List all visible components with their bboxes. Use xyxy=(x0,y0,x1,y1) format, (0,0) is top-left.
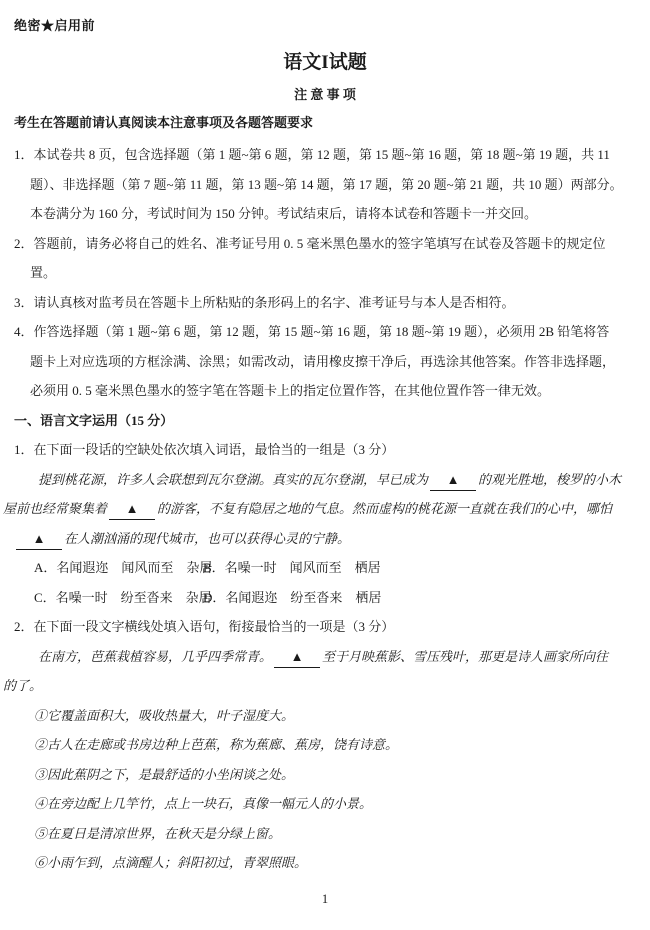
blank-marker-3: ▲ xyxy=(16,531,62,550)
blank-marker-4: ▲ xyxy=(274,649,320,668)
question-2-item-4: ④在旁边配上几竿竹，点上一块石，真像一幅元人的小景。 xyxy=(0,789,650,819)
notice-item-1-line-1: 1．本试卷共 8 页，包含选择题（第 1 题~第 6 题，第 12 题，第 15… xyxy=(0,140,650,170)
question-2-item-6: ⑥小雨乍到，点滴醒人；斜阳初过，青翠照眼。 xyxy=(0,848,650,878)
document-body: 1．本试卷共 8 页，包含选择题（第 1 题~第 6 题，第 12 题，第 15… xyxy=(0,140,650,878)
blank-marker-1: ▲ xyxy=(430,472,476,491)
notice-item-3-line-1: 3．请认真核对监考员在答题卡上所粘贴的条形码上的名字、准考证号与本人是否相符。 xyxy=(0,288,650,318)
option-b: B．名噪一时 闻风而至 栖居 xyxy=(203,560,381,575)
notice-item-1-line-2: 题）、非选择题（第 7 题~第 11 题，第 13 题~第 14 题，第 17 … xyxy=(0,170,650,200)
passage-text: 屋前也经常聚集着 xyxy=(3,501,107,516)
notice-heading: 注 意 事 项 xyxy=(0,84,650,103)
question-1-passage-line-2: 屋前也经常聚集着▲的游客，不复有隐居之地的气息。然而虚构的桃花源一直就在我们的心… xyxy=(0,494,650,524)
notice-item-2-line-1: 2．答题前，请务必将自己的姓名、准考证号用 0. 5 毫米黑色墨水的签字笔填写在… xyxy=(0,229,650,259)
question-2-item-2: ②古人在走廊或书房边种上芭蕉，称为蕉廊、蕉房，饶有诗意。 xyxy=(0,730,650,760)
question-1-options-row-2: C．名噪一时 纷至沓来 杂居D．名闻遐迩 纷至沓来 栖居 xyxy=(0,583,650,613)
notice-item-4-line-2: 题卡上对应选项的方框涂满、涂黑；如需改动，请用橡皮擦干净后，再选涂其他答案。作答… xyxy=(0,347,650,377)
blank-marker-2: ▲ xyxy=(109,501,155,520)
option-a: A．名闻遐迩 闻风而至 杂居 xyxy=(34,553,203,583)
section-heading: 一、语言文字运用（15 分） xyxy=(0,406,650,436)
notice-item-4-line-1: 4．作答选择题（第 1 题~第 6 题，第 12 题，第 15 题~第 16 题… xyxy=(0,317,650,347)
notice-item-1-line-3: 本卷满分为 160 分，考试时间为 150 分钟。考试结束后，请将本试卷和答题卡… xyxy=(0,199,650,229)
question-2-item-1: ①它覆盖面积大，吸收热量大，叶子湿度大。 xyxy=(0,701,650,731)
question-2-item-3: ③因此蕉阴之下，是最舒适的小坐闲谈之处。 xyxy=(0,760,650,790)
notice-intro: 考生在答题前请认真阅读本注意事项及各题答题要求 xyxy=(14,112,313,131)
passage-text: 的游客，不复有隐居之地的气息。然而虚构的桃花源一直就在我们的心中，哪怕 xyxy=(157,501,612,516)
question-2-passage-line-1: 在南方，芭蕉栽植容易，几乎四季常青。▲至于月映蕉影、雪压残叶，那更是诗人画家所向… xyxy=(0,642,650,672)
passage-text: 在人潮汹涌的现代城市，也可以获得心灵的宁静。 xyxy=(64,531,350,546)
question-1-passage-line-3: ▲在人潮汹涌的现代城市，也可以获得心灵的宁静。 xyxy=(0,524,650,554)
question-2-passage-line-2: 的了。 xyxy=(0,671,650,701)
notice-item-4-line-3: 必须用 0. 5 毫米黑色墨水的签字笔在答题卡上的指定位置作答，在其他位置作答一… xyxy=(0,376,650,406)
question-2-item-5: ⑤在夏日是清凉世界，在秋天是分绿上窗。 xyxy=(0,819,650,849)
passage-text: 至于月映蕉影、雪压残叶，那更是诗人画家所向往 xyxy=(322,649,608,664)
question-1-options-row-1: A．名闻遐迩 闻风而至 杂居B．名噪一时 闻风而至 栖居 xyxy=(0,553,650,583)
passage-text: 提到桃花源，许多人会联想到瓦尔登湖。真实的瓦尔登湖，早已成为 xyxy=(38,472,428,487)
notice-item-2-line-2: 置。 xyxy=(0,258,650,288)
passage-text: 的观光胜地，梭罗的小木 xyxy=(478,472,621,487)
passage-text: 在南方，芭蕉栽植容易，几乎四季常青。 xyxy=(38,649,272,664)
question-1-stem: 1．在下面一段话的空缺处依次填入词语，最恰当的一组是（3 分） xyxy=(0,435,650,465)
page-number: 1 xyxy=(0,892,650,907)
exam-title: 语文I试题 xyxy=(0,47,650,74)
classification-label: 绝密★启用前 xyxy=(14,15,95,34)
question-1-passage-line-1: 提到桃花源，许多人会联想到瓦尔登湖。真实的瓦尔登湖，早已成为▲的观光胜地，梭罗的… xyxy=(0,465,650,495)
question-2-stem: 2．在下面一段文字横线处填入语句，衔接最恰当的一项是（3 分） xyxy=(0,612,650,642)
option-d: D．名闻遐迩 纷至沓来 栖居 xyxy=(203,590,381,605)
option-c: C．名噪一时 纷至沓来 杂居 xyxy=(34,583,203,613)
